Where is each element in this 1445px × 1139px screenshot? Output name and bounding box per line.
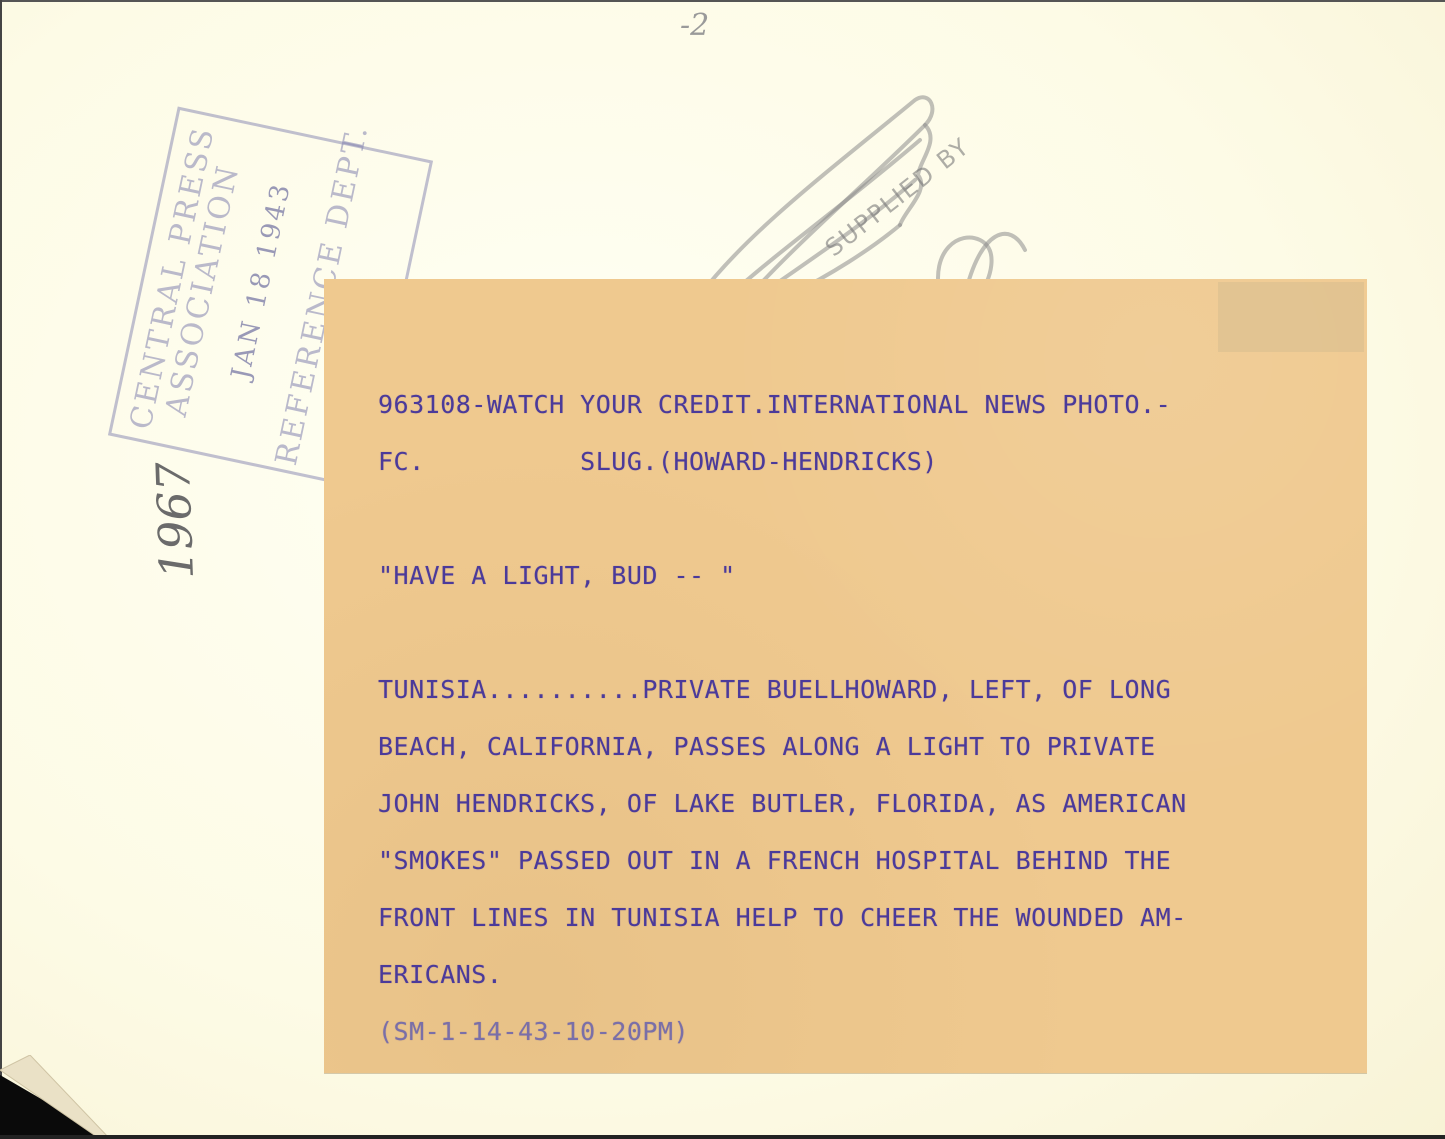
scan-border-top — [0, 0, 1445, 2]
caption-title: "HAVE A LIGHT, BUD -- " — [378, 561, 736, 590]
caption-body-line: TUNISIA..........PRIVATE BUELLHOWARD, LE… — [378, 675, 1171, 704]
scan-border-left — [0, 0, 2, 1139]
caption-card-fold — [1218, 282, 1364, 352]
winged-logo-icon — [690, 80, 1030, 300]
pencil-mark-year: 1967 — [146, 458, 204, 580]
caption-header-line-1: 963108-WATCH YOUR CREDIT.INTERNATIONAL N… — [378, 390, 1171, 419]
caption-header-line-2: FC. SLUG.(HOWARD-HENDRICKS) — [378, 447, 938, 476]
caption-body-line: BEACH, CALIFORNIA, PASSES ALONG A LIGHT … — [378, 732, 1156, 761]
caption-body-line: ERICANS. — [378, 960, 502, 989]
caption-body-line: FRONT LINES IN TUNISIA HELP TO CHEER THE… — [378, 903, 1187, 932]
caption-footer-code: (SM-1-14-43-10-20PM) — [378, 1017, 689, 1046]
scan-border-bottom — [0, 1135, 1445, 1139]
caption-body-line: JOHN HENDRICKS, OF LAKE BUTLER, FLORIDA,… — [378, 789, 1187, 818]
caption-body-line: "SMOKES" PASSED OUT IN A FRENCH HOSPITAL… — [378, 846, 1171, 875]
pencil-mark-top: -2 — [680, 8, 709, 43]
torn-corner — [0, 1055, 110, 1139]
